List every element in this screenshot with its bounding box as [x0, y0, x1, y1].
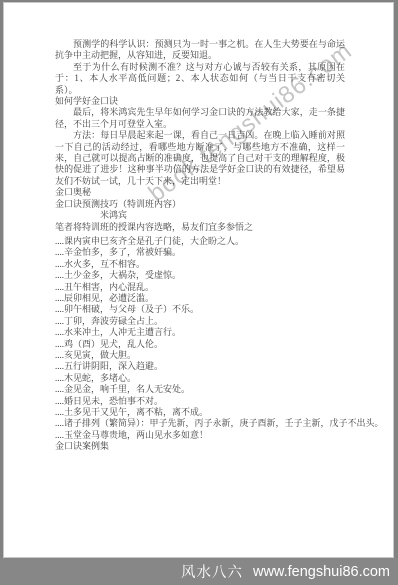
site-name-label: 风水八六: [181, 561, 243, 582]
note-line: ....诸子排列（繁简异）：甲子先新，丙子永新，庚子酉新，壬子主新，戊子不出头。: [55, 418, 345, 429]
page-content: 预测学的科学认识：预测只为一时一事之机。在人生大势要在与命运抗争中主动把握，从容…: [55, 39, 345, 453]
note-line: ....鸡（酉）见犬，乱人伦。: [55, 339, 345, 350]
author-name: 米鸿宾: [55, 210, 345, 221]
note-line: ....木见蛇，多堵心。: [55, 373, 345, 384]
note-line: ....土多见干又见午，离不粘，离不成。: [55, 407, 345, 418]
subtitle-prediction-techniques: 金口诀预测技巧（特训班内容）: [55, 199, 345, 210]
technique-notes-list: ....课内寅申巳亥齐全是孔子门徒，大企盼之人。 ....辛金怕多，多了，常被奸…: [55, 236, 345, 441]
document-page: book.fengshui86.com 预测学的科学认识：预测只为一时一事之机。…: [3, 2, 394, 558]
paragraph-accuracy-reasons: 至于为什么有时候测不准？这与对方心诚与否较有关系，其原因在于：1、本人水平高低问…: [55, 62, 345, 96]
note-line: ....课内寅申巳亥齐全是孔子门徒，大企盼之人。: [55, 236, 345, 247]
note-line: ....水来冲土，人冲无主遭言行。: [55, 327, 345, 338]
paragraph-learning-shortcut: 最后，将米鸿宾先生早年如何学习金口诀的方法教给大家，走一条捷径，不出三个月可登堂…: [55, 107, 345, 130]
site-footer-bar: 风水八六 www.fengshui86.com: [0, 558, 398, 585]
paragraph-daily-method: 方法：每日早晨起来起一课，看自己一日吉凶。在晚上临入睡前对照一下自己的活动经过，…: [55, 130, 345, 187]
note-line: ....丁卯，奔波劳碌全占上。: [55, 316, 345, 327]
note-line: ....婚日见未，恐怕事不对。: [55, 396, 345, 407]
note-line: ....卯午相破，与父母（及子）不乐。: [55, 304, 345, 315]
note-line: ....丑午相害，内心混乱。: [55, 282, 345, 293]
section-title-how-to-learn: 如何学好金口诀: [55, 96, 345, 107]
paragraph-science-view: 预测学的科学认识：预测只为一时一事之机。在人生大势要在与命运抗争中主动把握，从容…: [55, 39, 345, 62]
note-line: ....玉堂金马尊贵地，两山见水多如意！: [55, 430, 345, 441]
note-line: ....亥见寅，做大胆。: [55, 350, 345, 361]
section-title-secrets: 金口奥秘: [55, 187, 345, 198]
site-url-label: www.fengshui86.com: [253, 564, 390, 580]
note-line: ....辰卯相见，必遭泛滥。: [55, 293, 345, 304]
note-line: ....金见金，响千里，名人无安处。: [55, 384, 345, 395]
note-line: ....水火多，互不相容。: [55, 259, 345, 270]
note-line: ....辛金怕多，多了，常被奸骗。: [55, 247, 345, 258]
next-section-label: 金口诀案例集: [55, 441, 345, 452]
note-line: ....土少金多，大祸杂，受虚惊。: [55, 270, 345, 281]
notes-intro: 笔者将特训班的授课内容选略，易友们宜多参悟之: [55, 222, 345, 233]
note-line: ....五行讲阴阳，深入趋避。: [55, 361, 345, 372]
